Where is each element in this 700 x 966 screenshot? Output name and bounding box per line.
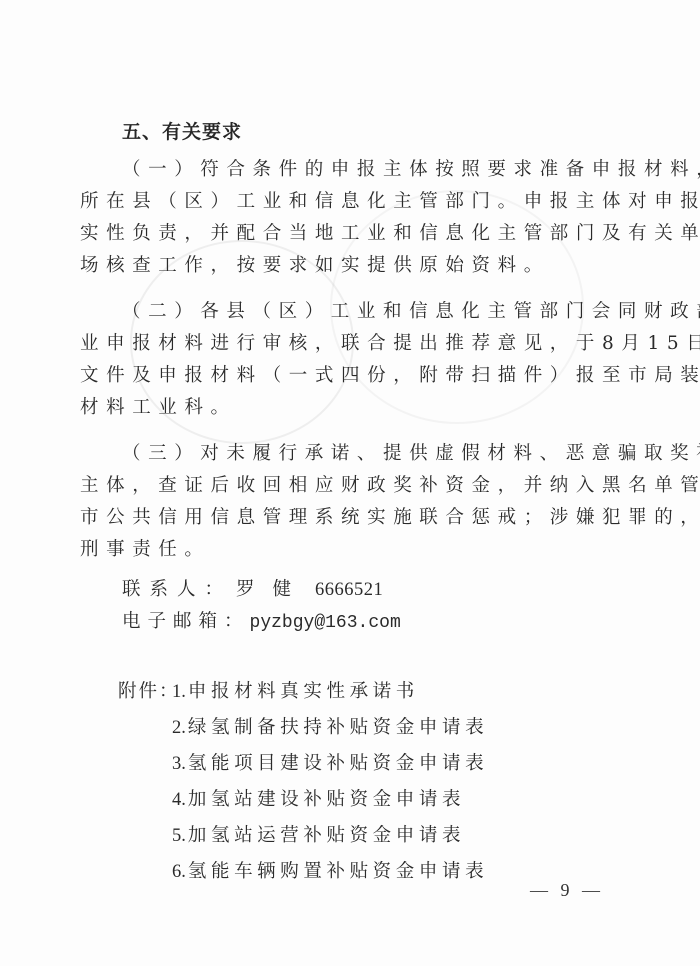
contact-phone: 6666521	[315, 580, 383, 600]
section-heading: 五、有关要求	[122, 116, 242, 148]
attachments-label: 附件：	[118, 676, 180, 708]
email-label: 电子邮箱：	[122, 611, 250, 632]
paragraph-line: 实性负责，并配合当地工业和信息化主管部门及有关单位做好现	[80, 218, 700, 250]
paragraph-line: （一）符合条件的申报主体按照要求准备申报材料，报送至	[122, 154, 700, 186]
paragraph-line: 场核查工作，按要求如实提供原始资料。	[80, 250, 550, 282]
attachment-item: 6.氢能车辆购置补贴资金申请表	[172, 856, 488, 888]
document-page: 五、有关要求 （一）符合条件的申报主体按照要求准备申报材料，报送至 所在县（区）…	[0, 0, 700, 966]
contact-label: 联系人：	[122, 579, 232, 600]
attachment-item: 4.加氢站建设补贴资金申请表	[172, 784, 465, 816]
attachment-item: 2.绿氢制备扶持补贴资金申请表	[172, 712, 488, 744]
paragraph-line: 材料工业科。	[80, 392, 237, 424]
contact-line: 联系人：罗健6666521	[122, 574, 383, 606]
paragraph-line: 文件及申报材料（一式四份，附带扫描件）报至市局装备工业与	[80, 360, 700, 392]
email-address: pyzbgy@163.com	[250, 613, 401, 633]
page-number: — 9 —	[530, 878, 604, 902]
attachment-item: 5.加氢站运营补贴资金申请表	[172, 820, 465, 852]
attachment-item: 3.氢能项目建设补贴资金申请表	[172, 748, 488, 780]
paragraph-line: 主体，查证后收回相应财政奖补资金，并纳入黑名单管理，录入	[80, 470, 700, 502]
paragraph-line: （三）对未履行承诺、提供虚假材料、恶意骗取奖补的申报	[122, 438, 700, 470]
paragraph-line: 业申报材料进行审核，联合提出推荐意见，于8月15日前将推荐	[80, 328, 700, 360]
paragraph-line: 市公共信用信息管理系统实施联合惩戒；涉嫌犯罪的，依法追究	[80, 502, 700, 534]
paragraph-line: 所在县（区）工业和信息化主管部门。申报主体对申报材料的真	[80, 186, 700, 218]
paragraph-line: （二）各县（区）工业和信息化主管部门会同财政部门对企	[122, 296, 700, 328]
email-line: 电子邮箱：pyzbgy@163.com	[122, 606, 401, 639]
attachment-item: 1.申报材料真实性承诺书	[172, 676, 419, 708]
paragraph-line: 刑事责任。	[80, 534, 211, 566]
contact-name: 罗健	[236, 579, 309, 600]
